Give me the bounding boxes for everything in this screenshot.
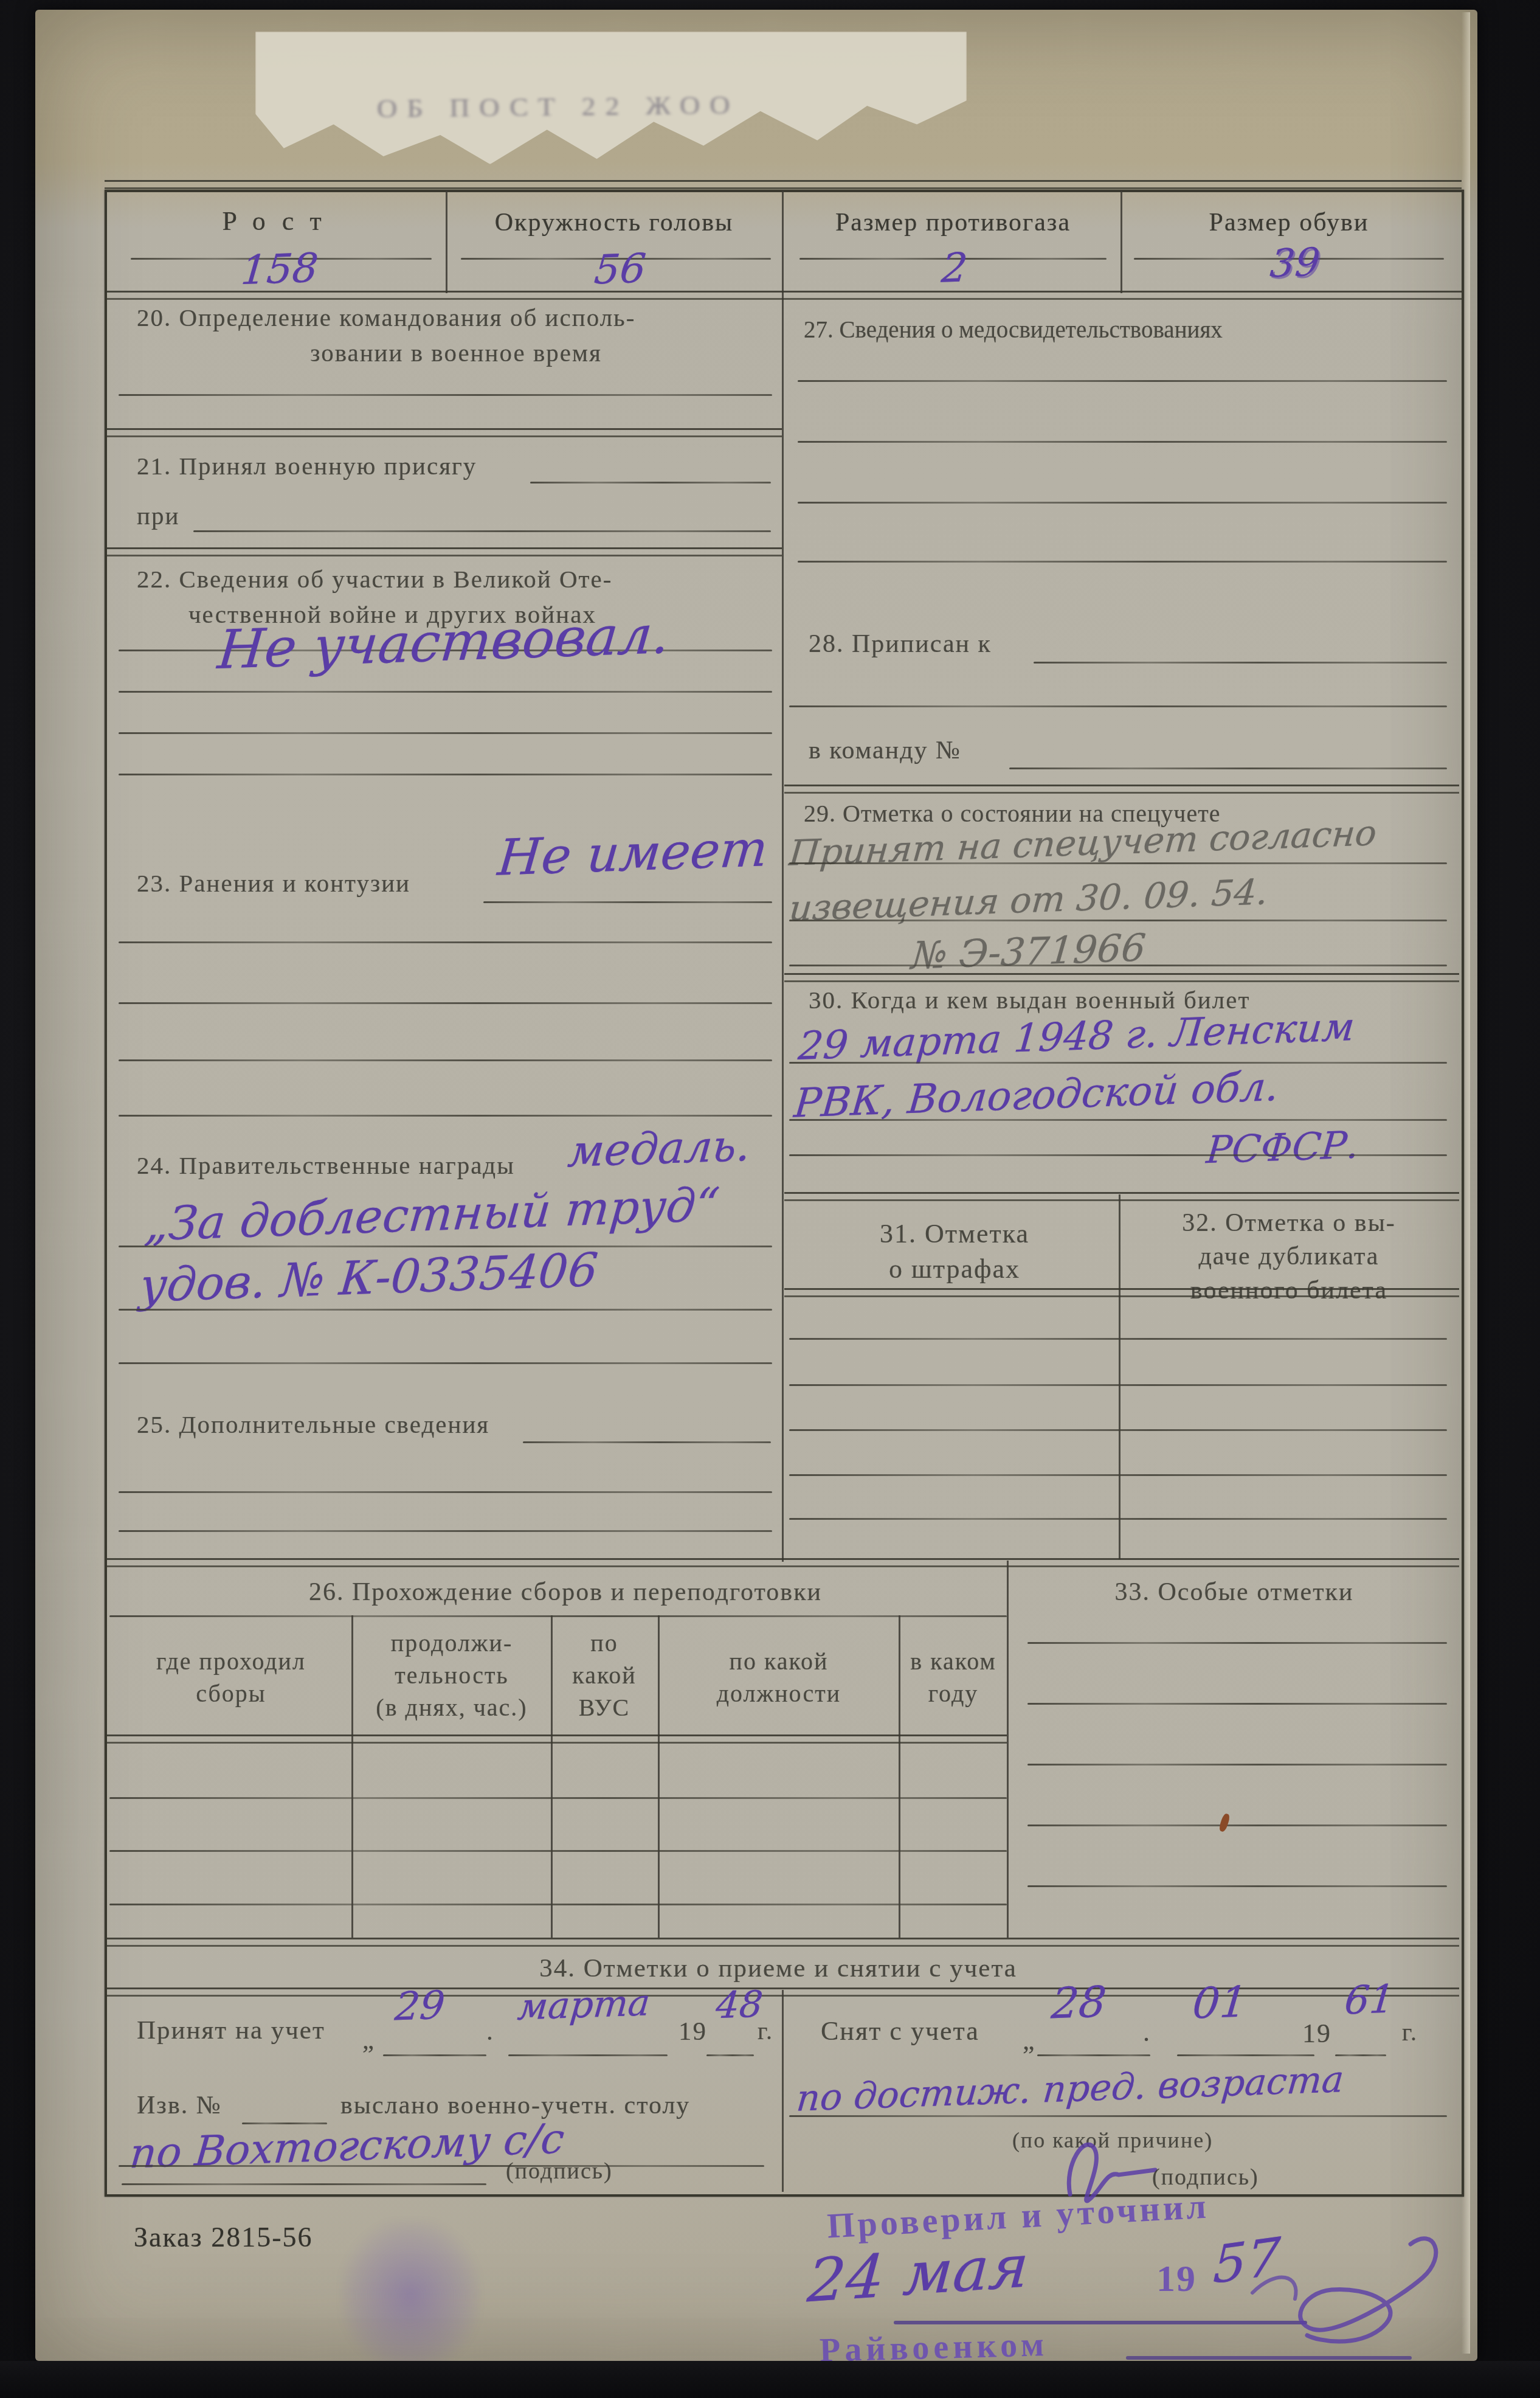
ruled-line (119, 774, 772, 775)
ruled-line (109, 1797, 1007, 1799)
section26-title: 26. Прохождение сборов и переподготовки (140, 1578, 991, 1607)
section23-title: 23. Ранения и контузии (137, 868, 410, 898)
center-column-divider (782, 190, 784, 1562)
section34-title: 34. Отметки о приеме и снятии с учета (243, 1953, 1313, 1983)
table26-33-divider (1007, 1561, 1009, 1938)
ruled-line (789, 1518, 1447, 1520)
ruled-line (383, 2054, 486, 2056)
open-quote: „ (362, 2025, 375, 2055)
ruled-line (789, 1338, 1447, 1340)
ruled-line (798, 380, 1447, 382)
ruled-line (1027, 1824, 1447, 1826)
section29-handwriting-3: № Э-371966 (910, 925, 1147, 977)
section27-title: 27. Сведения о медосвидетельствованиях (804, 316, 1454, 344)
ruled-line (798, 561, 1447, 563)
section-separator (107, 1558, 1459, 1567)
ruled-line (119, 1362, 772, 1364)
ruled-line (1027, 1703, 1447, 1705)
ruled-line (789, 920, 1447, 921)
section33-title: 33. Особые отметки (1034, 1578, 1435, 1607)
head-circumference-value: 56 (533, 243, 708, 296)
ruled-line (789, 1429, 1447, 1431)
ruled-line (789, 862, 1447, 864)
table-header-rule (784, 1288, 1459, 1297)
gas-mask-size-value: 2 (867, 241, 1042, 294)
section23-handwriting: Не имеет (495, 820, 770, 887)
ruled-line (789, 2115, 1447, 2117)
section20-title-line2: зовании в военное время (188, 338, 723, 367)
deregistered-day-handwriting: 28 (1049, 1977, 1108, 2028)
registered-label: Принят на учет (137, 2015, 325, 2045)
section30-title: 30. Когда и кем выдан военный билет (809, 985, 1453, 1014)
ruled-line (789, 1154, 1447, 1156)
signature-caption: (подпись) (506, 2158, 613, 2185)
ruled-line (119, 1002, 772, 1004)
section-separator (107, 547, 782, 556)
ruled-line (193, 530, 771, 532)
ruled-line (119, 2165, 764, 2167)
year-prefix: 19 (678, 2017, 707, 2046)
table26-col-divider (351, 1615, 353, 1938)
ruled-line (119, 1491, 772, 1493)
ruled-line (1335, 2054, 1386, 2056)
ruled-line (119, 732, 772, 734)
ruled-line (789, 1062, 1447, 1064)
dot-separator: . (486, 2017, 494, 2046)
ruled-line (1027, 1885, 1447, 1887)
photo-background (0, 2361, 1540, 2398)
ruled-line (119, 1309, 772, 1311)
ruled-line (1027, 1642, 1447, 1644)
ruled-line (789, 705, 1447, 707)
section28-title: 28. Приписан к (809, 629, 992, 659)
ruled-line (798, 502, 1447, 504)
ruled-line (119, 394, 772, 396)
table26-col2-header: продолжи- тельность (в днях, час.) (357, 1627, 546, 1724)
height-label: Рост (122, 206, 438, 237)
section28-sub: в команду № (809, 736, 961, 765)
section-separator (107, 1938, 1459, 1947)
ruled-line (789, 1384, 1447, 1386)
ruled-line (483, 901, 772, 903)
ruled-line (119, 1059, 772, 1061)
section-separator (784, 973, 1459, 982)
ruled-line (1027, 1764, 1447, 1766)
ruled-line (122, 2183, 486, 2185)
ruled-line (119, 941, 772, 943)
section25-title: 25. Дополнительные сведения (137, 1410, 489, 1439)
registered-month-handwriting: марта (516, 1981, 652, 2029)
shoe-size-label: Размер обуви (1125, 208, 1453, 237)
notice-number-label: Изв. № (137, 2091, 222, 2120)
ruled-line (1037, 2054, 1150, 2056)
section22-title-line1: 22. Сведения об участии в Великой Оте- (137, 564, 781, 594)
table31-32-divider (1119, 1194, 1120, 1559)
gas-mask-size-label: Размер противогаза (790, 208, 1116, 237)
ruled-line (508, 2054, 668, 2056)
section-separator (784, 785, 1459, 794)
section24-handwriting-1: медаль. (566, 1120, 753, 1177)
section-separator (107, 428, 782, 437)
signature-flourish (1228, 2220, 1459, 2360)
section30-handwriting-3: РСФСР. (1204, 1123, 1361, 1173)
strip-divider (446, 190, 447, 293)
ruled-line (789, 965, 1447, 966)
ruled-line (119, 1530, 772, 1532)
table-header-rule (107, 1734, 1007, 1744)
table26-col-divider (899, 1615, 900, 1938)
section21-title: 21. Принял военную присягу (137, 451, 477, 480)
dot-separator: . (1143, 2017, 1151, 2048)
ruled-line (1009, 768, 1447, 769)
table26-col4-header: по какой должности (664, 1646, 894, 1710)
head-circumference-label: Окружность головы (453, 208, 775, 237)
height-value: 158 (180, 242, 379, 296)
ruled-line (119, 1115, 772, 1117)
year-prefix: 19 (1302, 2018, 1331, 2049)
strip-bottom-rule (105, 291, 1462, 300)
ruled-line (789, 1119, 1447, 1121)
ruled-line (119, 691, 772, 693)
shoe-size-value: 39 (1207, 238, 1383, 289)
table26-col5-header: в каком году (903, 1646, 1003, 1710)
form-top-rule (105, 180, 1462, 189)
ruled-line (109, 1615, 1007, 1617)
ruled-line (798, 441, 1447, 443)
section34-divider (782, 1990, 784, 2192)
table26-col1-header: где проходил сборы (116, 1646, 347, 1710)
stamp-underline (1126, 2356, 1412, 2360)
ink-smudge (340, 2220, 480, 2372)
section20-title-line1: 20. Определение командования об исполь- (137, 303, 775, 332)
section31-title: 31. Отметка о штрафах (803, 1216, 1107, 1287)
year-suffix: г. (758, 2017, 773, 2045)
year-suffix: г. (1402, 2018, 1418, 2046)
section21-sub: при (137, 501, 179, 530)
ruled-line (109, 1904, 1007, 1905)
section-separator (784, 1192, 1459, 1201)
verified-year-prefix: 19 (1156, 2258, 1196, 2301)
deregistered-month-handwriting: 01 (1190, 1977, 1249, 2028)
open-quote: „ (1023, 2025, 1036, 2056)
table26-col-divider (551, 1615, 553, 1938)
strip-divider (1120, 190, 1122, 293)
registered-day-handwriting: 29 (393, 1983, 447, 2030)
ruled-line (530, 482, 771, 483)
ruled-line (119, 1246, 772, 1247)
section24-title: 24. Правительственные награды (137, 1151, 515, 1180)
sent-to-label: выслано военно-учетн. столу (340, 2091, 690, 2120)
ruled-line (1177, 2054, 1314, 2056)
ruled-line (109, 1850, 1007, 1852)
ruled-line (523, 1441, 771, 1443)
table26-col-divider (658, 1615, 660, 1938)
scanned-document-photo: ОБ ПОСТ 22 ЖОО Рост 158 Окружность голов… (0, 0, 1540, 2398)
ruled-line (1034, 662, 1447, 664)
deregistered-year-handwriting: 61 (1343, 1977, 1397, 2024)
ruled-line (706, 2054, 754, 2056)
print-order-number: Заказ 2815-56 (134, 2221, 313, 2253)
table26-col3-header: по какой ВУС (556, 1627, 653, 1724)
ruled-line (789, 1474, 1447, 1476)
deregistered-label: Снят с учета (821, 2015, 979, 2046)
